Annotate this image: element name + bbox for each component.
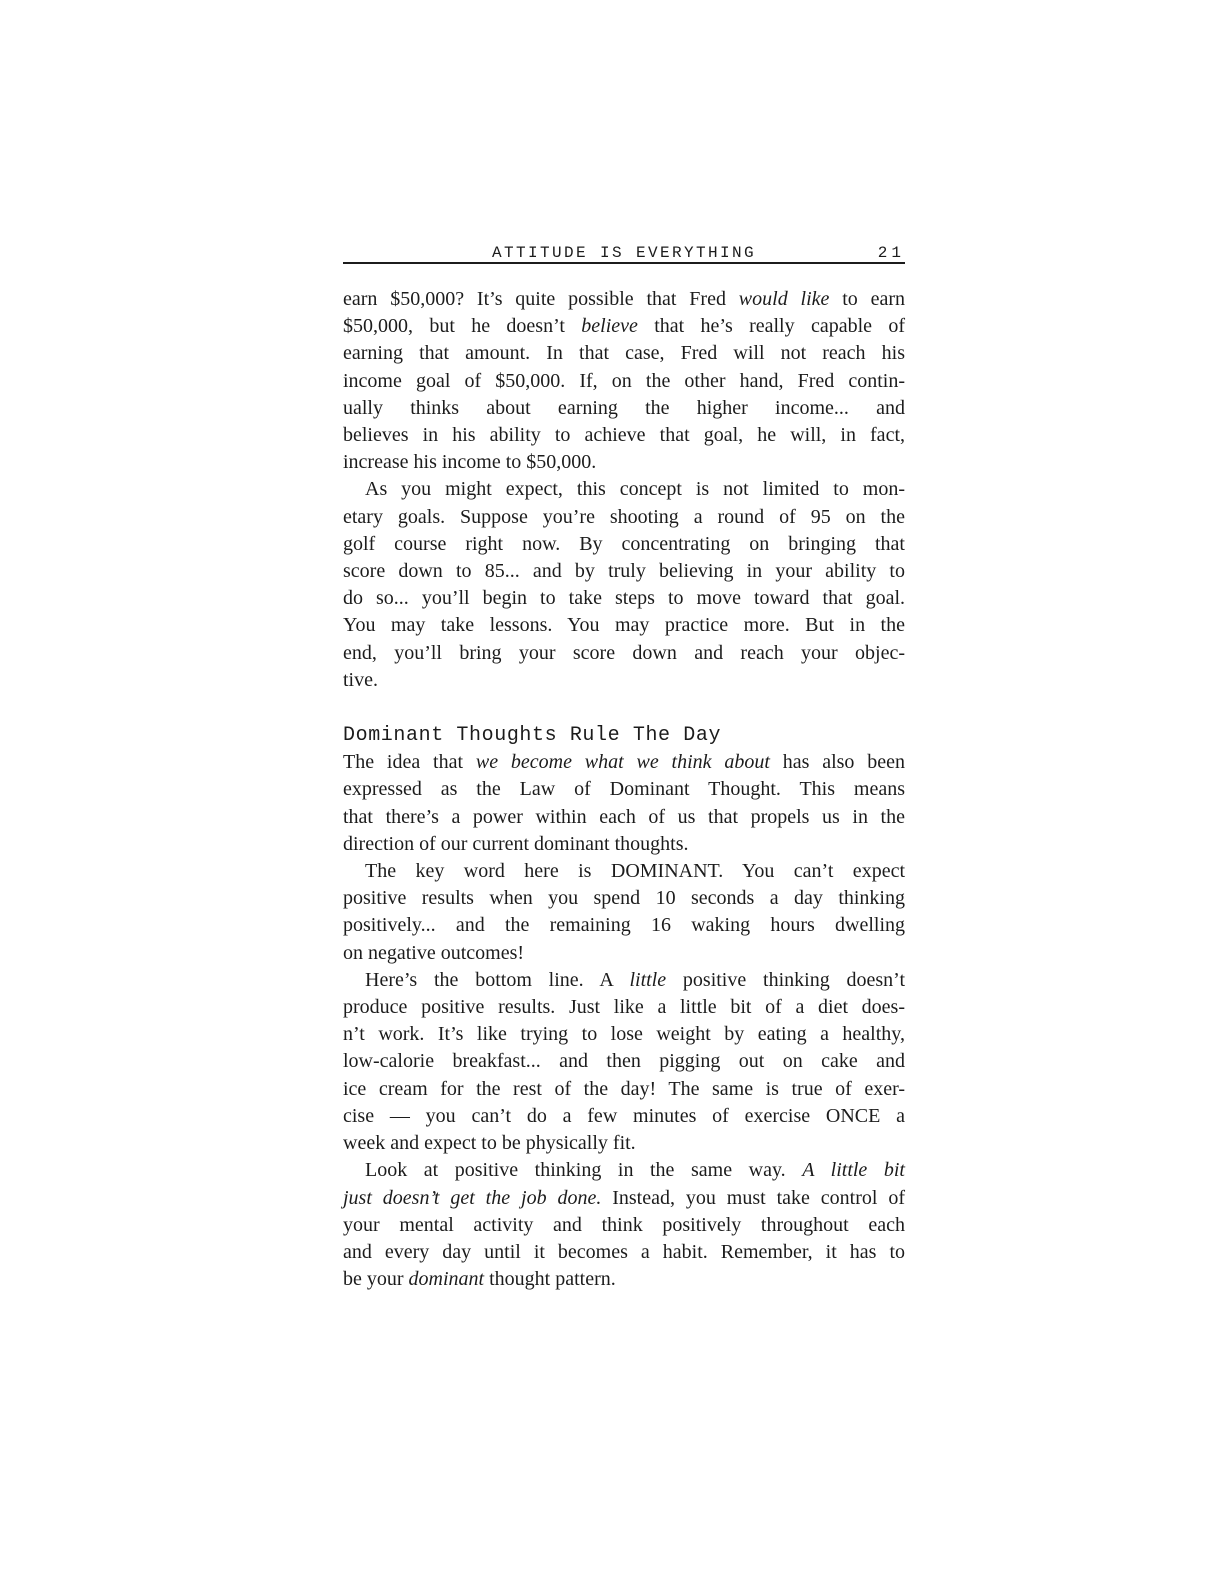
text-line: expressed as the Law of Dominant Thought… (343, 776, 905, 803)
body-text: direction of our current dominant though… (343, 833, 688, 855)
body-text: Here’s the bottom line. A (365, 969, 629, 991)
body-text: on negative outcomes! (343, 942, 524, 964)
text-line: low-calorie breakfast... and then piggin… (343, 1048, 905, 1075)
body-text: positive thinking doesn’t (666, 969, 905, 991)
paragraph: Look at positive thinking in the same wa… (343, 1157, 905, 1293)
body-text: cise — you can’t do a few minutes of exe… (343, 1105, 905, 1127)
text-line: direction of our current dominant though… (343, 831, 905, 858)
body-text: As you might expect, this concept is not… (365, 478, 905, 500)
body-text: expressed as the Law of Dominant Thought… (343, 778, 905, 800)
text-line: on negative outcomes! (343, 940, 905, 967)
text-line: n’t work. It’s like trying to lose weigh… (343, 1021, 905, 1048)
text-line: income goal of $50,000. If, on the other… (343, 368, 905, 395)
body-text: week and expect to be physically fit. (343, 1132, 636, 1154)
body-text: ice cream for the rest of the day! The s… (343, 1078, 905, 1100)
text-line: cise — you can’t do a few minutes of exe… (343, 1103, 905, 1130)
body-text: positive results when you spend 10 secon… (343, 887, 905, 909)
body-text: your mental activity and think positivel… (343, 1214, 905, 1236)
body-text: increase his income to $50,000. (343, 451, 596, 473)
body-text: Instead, you must take control of (601, 1187, 905, 1209)
italic-text: we become what we think about (476, 751, 770, 773)
text-line: tive. (343, 667, 905, 694)
text-line: do so... you’ll begin to take steps to m… (343, 585, 905, 612)
text-line: earning that amount. In that case, Fred … (343, 340, 905, 367)
body-text: n’t work. It’s like trying to lose weigh… (343, 1023, 905, 1045)
text-line: The key word here is DOMINANT. You can’t… (343, 858, 905, 885)
body-text: that he’s really capable of (638, 315, 905, 337)
text-line: believes in his ability to achieve that … (343, 422, 905, 449)
text-line: just doesn’t get the job done. Instead, … (343, 1185, 905, 1212)
text-line: your mental activity and think positivel… (343, 1212, 905, 1239)
paragraph: earn $50,000? It’s quite possible that F… (343, 286, 905, 476)
text-line: end, you’ll bring your score down and re… (343, 640, 905, 667)
body-text: income goal of $50,000. If, on the other… (343, 370, 905, 392)
paragraph: As you might expect, this concept is not… (343, 476, 905, 694)
running-header: ATTITUDE IS EVERYTHING 21 (343, 237, 905, 264)
body-text: score down to 85... and by truly believi… (343, 560, 905, 582)
body-text: has also been (770, 751, 905, 773)
body-text: and every day until it becomes a habit. … (343, 1241, 905, 1263)
body-text: end, you’ll bring your score down and re… (343, 642, 905, 664)
body-text: earn $50,000? It’s quite possible that F… (343, 288, 739, 310)
italic-text: dominant (409, 1268, 485, 1290)
body-text: golf course right now. By concentrating … (343, 533, 905, 555)
body-text: The key word here is DOMINANT. You can’t… (365, 860, 905, 882)
text-line: and every day until it becomes a habit. … (343, 1239, 905, 1266)
body-text: low-calorie breakfast... and then piggin… (343, 1050, 905, 1072)
header-page-number: 21 (878, 244, 905, 262)
body-text: that there’s a power within each of us t… (343, 806, 905, 828)
text-line: positive results when you spend 10 secon… (343, 885, 905, 912)
italic-text: little (629, 969, 666, 991)
body-text: ually thinks about earning the higher in… (343, 397, 905, 419)
text-line: golf course right now. By concentrating … (343, 531, 905, 558)
text-line: that there’s a power within each of us t… (343, 804, 905, 831)
body-text: produce positive results. Just like a li… (343, 996, 905, 1018)
italic-text: believe (581, 315, 638, 337)
text-line: etary goals. Suppose you’re shooting a r… (343, 504, 905, 531)
text-line: You may take lessons. You may practice m… (343, 612, 905, 639)
body-text: thought pattern. (484, 1268, 616, 1290)
text-line: earn $50,000? It’s quite possible that F… (343, 286, 905, 313)
italic-text: would like (739, 288, 830, 310)
text-line: produce positive results. Just like a li… (343, 994, 905, 1021)
text-line: $50,000, but he doesn’t believe that he’… (343, 313, 905, 340)
book-page: ATTITUDE IS EVERYTHING 21 earn $50,000? … (0, 0, 1224, 1584)
text-line: Here’s the bottom line. A little positiv… (343, 967, 905, 994)
text-line: Look at positive thinking in the same wa… (343, 1157, 905, 1184)
body-text: do so... you’ll begin to take steps to m… (343, 587, 905, 609)
text-line: be your dominant thought pattern. (343, 1266, 905, 1293)
italic-text: A little bit (802, 1159, 905, 1181)
paragraph: The key word here is DOMINANT. You can’t… (343, 858, 905, 967)
text-line: ice cream for the rest of the day! The s… (343, 1076, 905, 1103)
section-heading: Dominant Thoughts Rule The Day (343, 722, 905, 749)
text-line: week and expect to be physically fit. (343, 1130, 905, 1157)
header-title: ATTITUDE IS EVERYTHING (343, 244, 905, 262)
body-text: be your (343, 1268, 409, 1290)
body-text: believes in his ability to achieve that … (343, 424, 905, 446)
paragraph: Here’s the bottom line. A little positiv… (343, 967, 905, 1157)
italic-text: just doesn’t get the job done. (343, 1187, 601, 1209)
text-line: The idea that we become what we think ab… (343, 749, 905, 776)
text-line: ually thinks about earning the higher in… (343, 395, 905, 422)
paragraph: The idea that we become what we think ab… (343, 749, 905, 858)
body-text: $50,000, but he doesn’t (343, 315, 581, 337)
page-content: earn $50,000? It’s quite possible that F… (343, 286, 905, 1293)
body-text: to earn (829, 288, 905, 310)
text-line: As you might expect, this concept is not… (343, 476, 905, 503)
body-text: You may take lessons. You may practice m… (343, 614, 905, 636)
body-text: earning that amount. In that case, Fred … (343, 342, 905, 364)
text-line: score down to 85... and by truly believi… (343, 558, 905, 585)
body-text: positively... and the remaining 16 wakin… (343, 914, 905, 936)
text-line: increase his income to $50,000. (343, 449, 905, 476)
body-text: etary goals. Suppose you’re shooting a r… (343, 506, 905, 528)
text-line: positively... and the remaining 16 wakin… (343, 912, 905, 939)
body-text: Look at positive thinking in the same wa… (365, 1159, 802, 1181)
body-text: The idea that (343, 751, 476, 773)
body-text: tive. (343, 669, 378, 691)
